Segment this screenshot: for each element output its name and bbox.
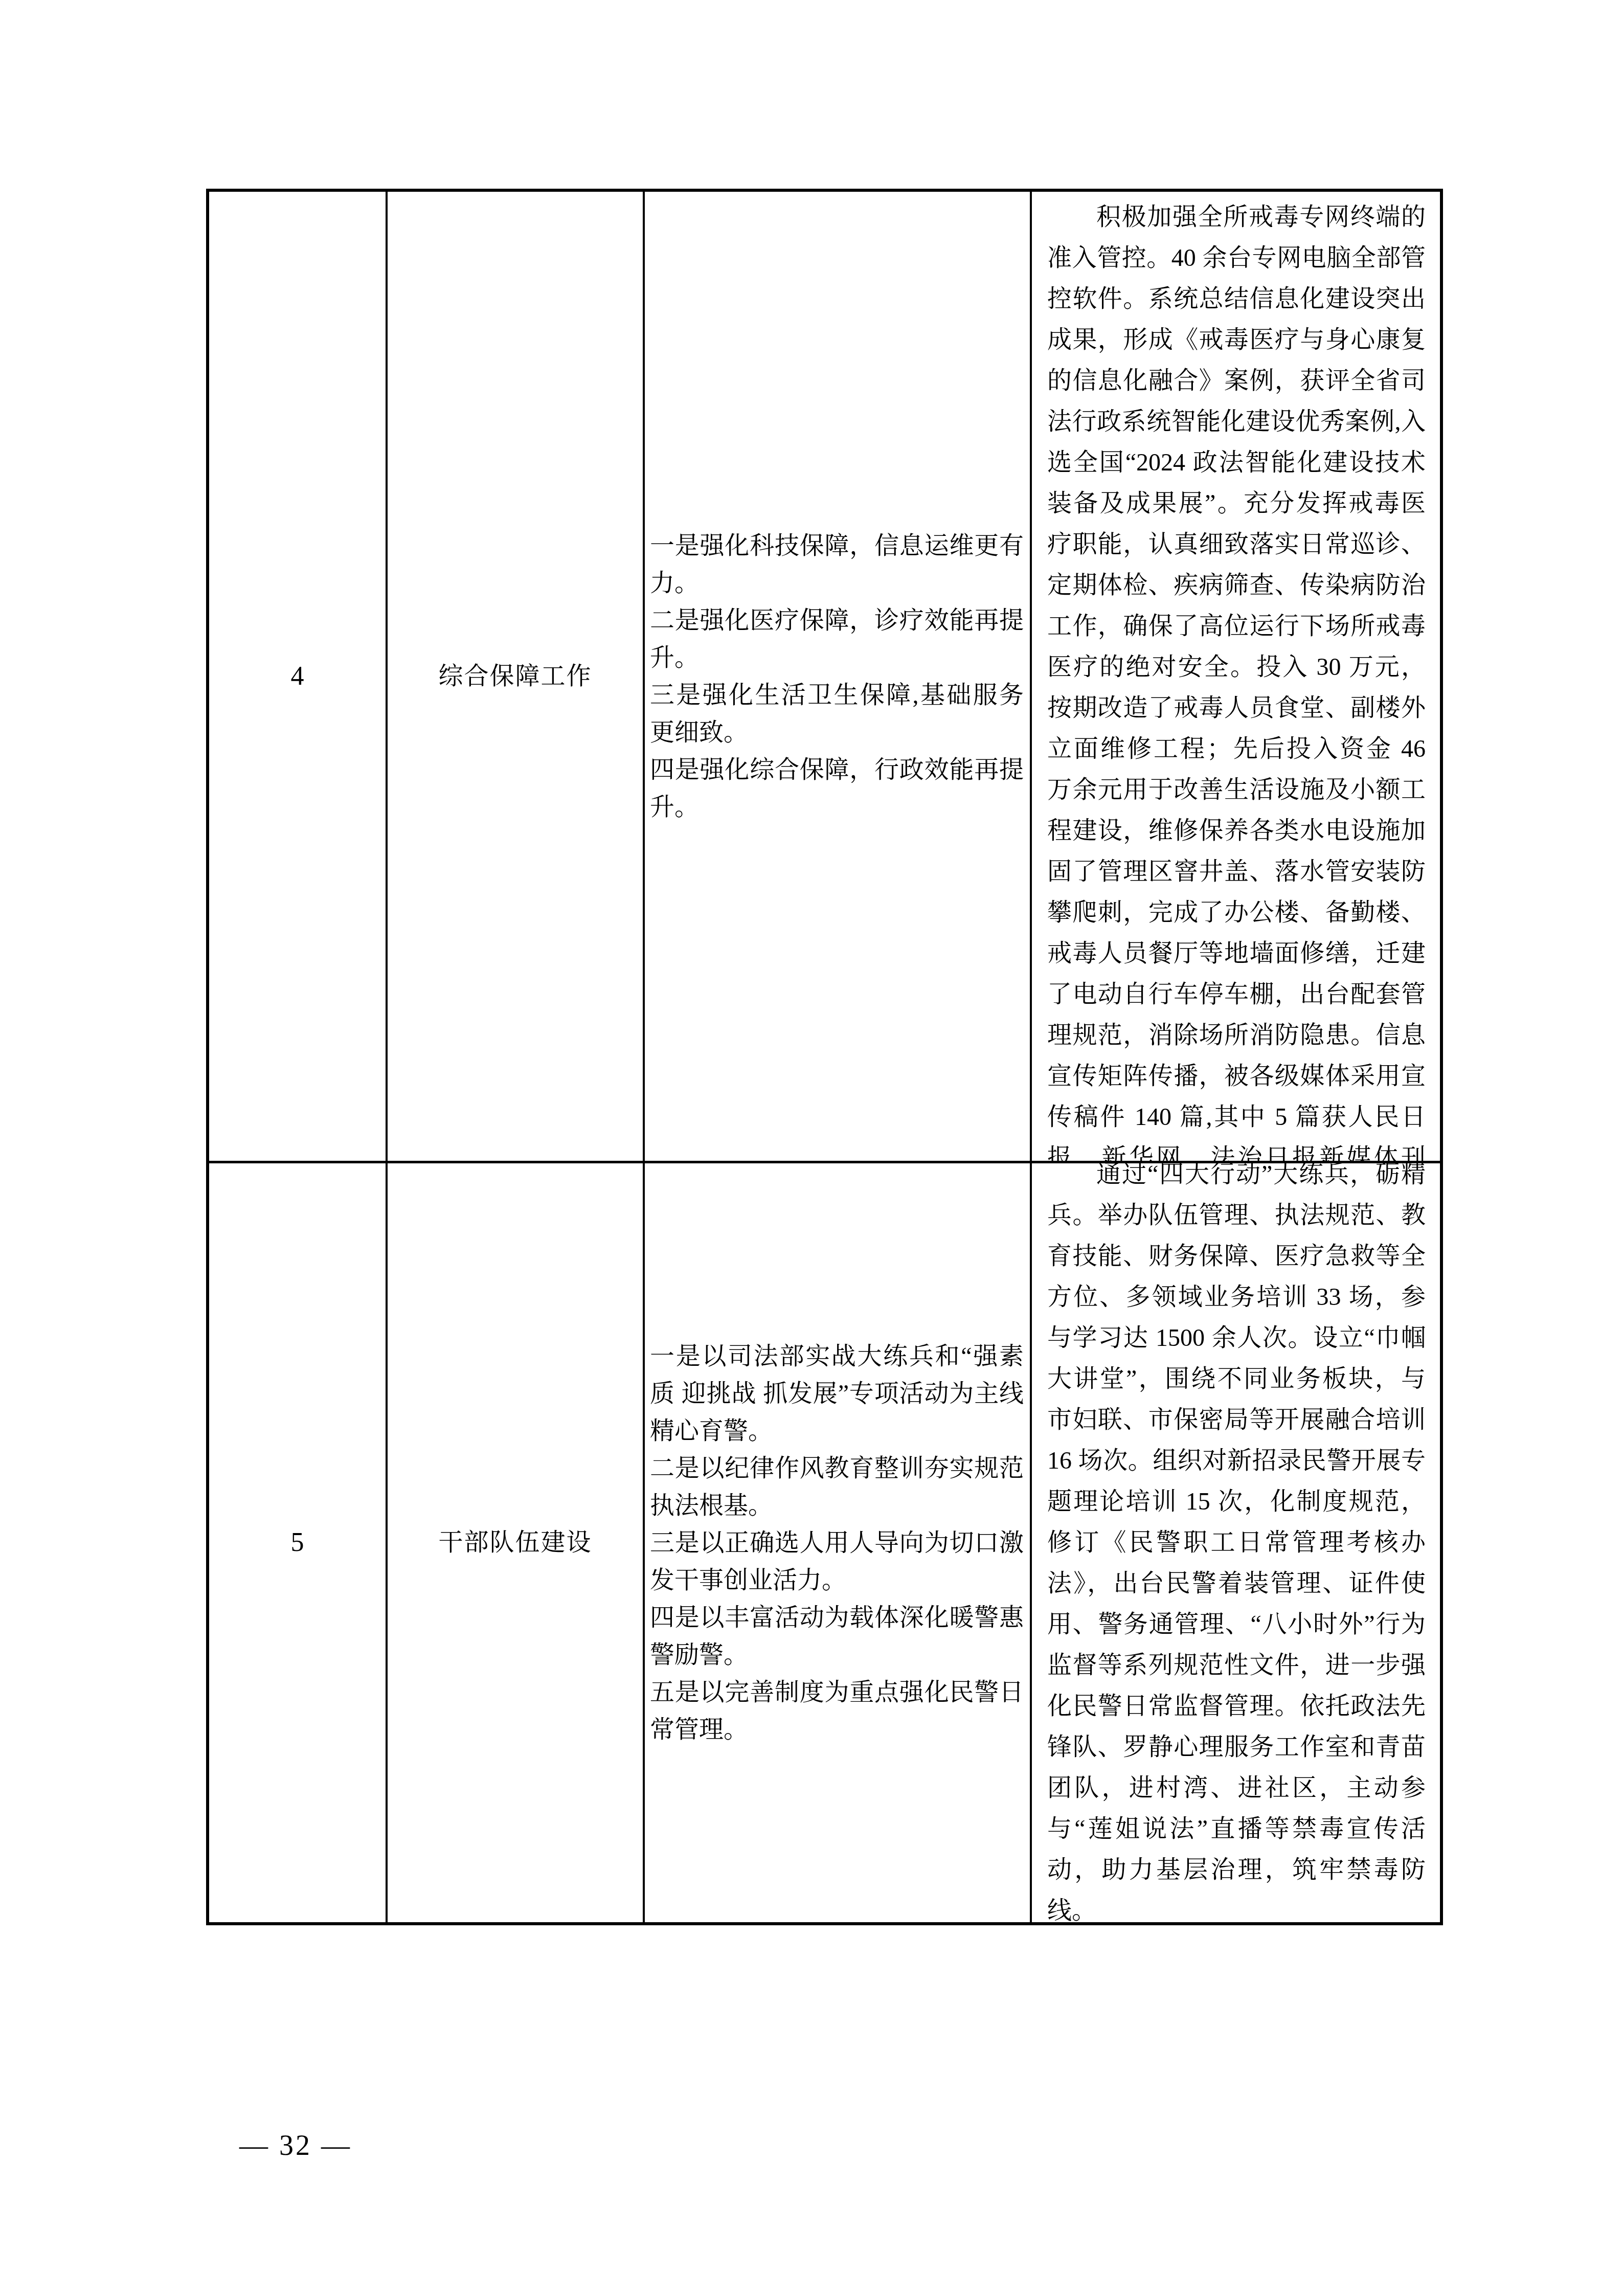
item-text: 二是以纪律作风教育整训夯实规范执法根基。 (650, 1450, 1024, 1524)
row-4-detail-cell: 积极加强全所戒毒专网终端的准入管控。40 余台专网电脑全部管控软件。系统总结信息… (1032, 192, 1440, 1161)
detail-text: 通过“四大行动”大练兵，砺精兵。举办队伍管理、执法规范、教育技能、财务保障、医疗… (1047, 1163, 1426, 1922)
item-text: 三是以正确选人用人导向为切口激发干事创业活力。 (650, 1524, 1024, 1599)
table-row-4: 4 综合保障工作 一是强化科技保障，信息运维更有力。 二是强化医疗保障，诊疗效能… (209, 192, 1440, 1163)
item-text: 二是强化医疗保障，诊疗效能再提升。 (650, 602, 1024, 677)
row-5-category-cell: 干部队伍建设 (388, 1163, 645, 1922)
item-text: 四是强化综合保障，行政效能再提升。 (650, 751, 1024, 826)
detail-text: 积极加强全所戒毒专网终端的准入管控。40 余台专网电脑全部管控软件。系统总结信息… (1047, 197, 1426, 1161)
items-list: 一是强化科技保障，信息运维更有力。 二是强化医疗保障，诊疗效能再提升。 三是强化… (645, 527, 1030, 826)
row-4-number-cell: 4 (209, 192, 388, 1161)
item-text: 四是以丰富活动为载体深化暖警惠警励警。 (650, 1599, 1024, 1674)
row-4-items-cell: 一是强化科技保障，信息运维更有力。 二是强化医疗保障，诊疗效能再提升。 三是强化… (645, 192, 1032, 1161)
page-number: — 32 — (239, 2131, 352, 2160)
row-4-category-cell: 综合保障工作 (388, 192, 645, 1161)
row-5-items-cell: 一是以司法部实战大练兵和“强素质 迎挑战 抓发展”专项活动为主线精心育警。 二是… (645, 1163, 1032, 1922)
category-label: 干部队伍建设 (438, 1527, 592, 1559)
row-number: 5 (291, 1529, 304, 1556)
row-number: 4 (291, 663, 304, 690)
row-5-detail-cell: 通过“四大行动”大练兵，砺精兵。举办队伍管理、执法规范、教育技能、财务保障、医疗… (1032, 1163, 1440, 1922)
item-text: 三是强化生活卫生保障,基础服务更细致。 (650, 677, 1024, 751)
items-list: 一是以司法部实战大练兵和“强素质 迎挑战 抓发展”专项活动为主线精心育警。 二是… (645, 1338, 1030, 1748)
item-text: 一是以司法部实战大练兵和“强素质 迎挑战 抓发展”专项活动为主线精心育警。 (650, 1338, 1024, 1450)
row-5-number-cell: 5 (209, 1163, 388, 1922)
item-text: 一是强化科技保障，信息运维更有力。 (650, 527, 1024, 602)
table-row-5: 5 干部队伍建设 一是以司法部实战大练兵和“强素质 迎挑战 抓发展”专项活动为主… (209, 1163, 1440, 1922)
scanned-document-page: { "page": { "footer": "— 32 —" }, "table… (0, 0, 1623, 2296)
item-text: 五是以完善制度为重点强化民警日常管理。 (650, 1674, 1024, 1748)
category-label: 综合保障工作 (438, 661, 592, 692)
work-summary-table: 4 综合保障工作 一是强化科技保障，信息运维更有力。 二是强化医疗保障，诊疗效能… (206, 189, 1443, 1925)
